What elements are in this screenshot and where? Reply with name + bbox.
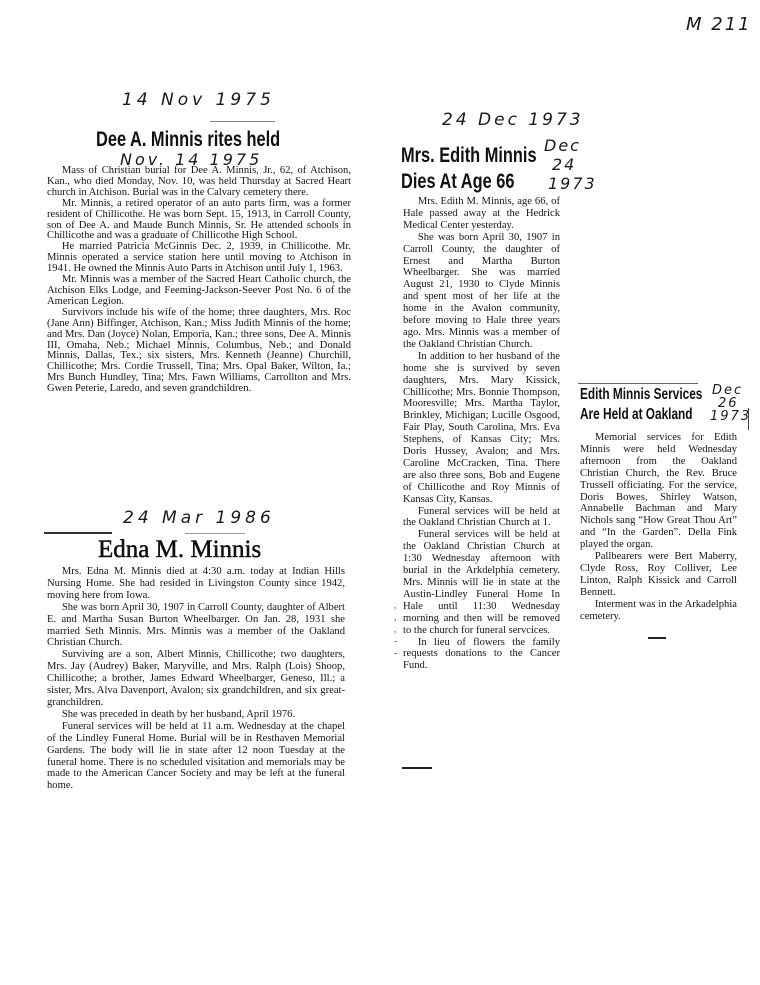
handwritten-date: 24 Mar 1986 — [123, 508, 275, 528]
page-annotation: M 211 — [686, 14, 752, 35]
handwritten-year: 1973 — [548, 174, 597, 193]
article-body: Memorial services for Edith Minnis were … — [580, 432, 737, 623]
clipping-divider — [578, 383, 698, 384]
paragraph: In lieu of flowers the family requests d… — [403, 637, 560, 673]
paragraph: In addition to her husband of the home s… — [403, 351, 560, 506]
headline: Edna M. Minnis — [98, 536, 261, 564]
clipping-divider — [185, 533, 245, 534]
paragraph: Funeral services will be held at the Oak… — [403, 529, 560, 636]
clipping-edge — [748, 408, 749, 430]
paragraph: He married Patricia McGinnis Dec. 2, 193… — [47, 242, 351, 275]
paragraph: Pallbearers were Bert Maberry, Clyde Ros… — [580, 551, 737, 599]
headline-line-1: Mrs. Edith Minnis — [401, 144, 537, 168]
clipping-divider — [44, 532, 112, 534]
paragraph: Mrs. Edith M. Minnis, age 66, of Hale pa… — [403, 196, 560, 232]
headline: Dee A. Minnis rites held — [96, 128, 280, 152]
handwritten-side-date: Dec 26 1973 — [708, 384, 749, 424]
paragraph: Funeral services will be held at the Oak… — [403, 506, 560, 530]
handwritten-month: Dec — [544, 136, 593, 155]
headline-line-2: Are Held at Oakland — [580, 406, 693, 424]
scan-edge-marks: ,,,-- — [394, 600, 397, 660]
handwritten-date: 14 Nov 1975 — [122, 90, 275, 110]
paragraph: She was born April 30, 1907 in Carroll C… — [47, 602, 345, 650]
paragraph: Mr. Minnis, a retired operator of an aut… — [47, 199, 351, 243]
paragraph: Funeral services will be held at 11 a.m.… — [47, 721, 345, 792]
clipping-divider — [210, 121, 275, 122]
paragraph: Surviving are a son, Albert Minnis, Chil… — [47, 649, 345, 709]
handwritten-day: 24 — [552, 155, 601, 174]
clipping-divider — [648, 637, 666, 639]
paragraph: Mass of Christian burial for Dee A. Minn… — [47, 166, 351, 199]
clipping-divider — [402, 767, 432, 769]
paragraph: Memorial services for Edith Minnis were … — [580, 432, 737, 551]
paragraph: Mrs. Edna M. Minnis died at 4:30 a.m. to… — [47, 566, 345, 602]
article-body: Mrs. Edith M. Minnis, age 66, of Hale pa… — [403, 196, 560, 672]
article-body: Mass of Christian burial for Dee A. Minn… — [47, 166, 351, 395]
handwritten-side-date: Dec 24 1973 — [538, 136, 587, 193]
paragraph: She was born April 30, 1907 in Carroll C… — [403, 232, 560, 351]
paragraph: Interment was in the Arkadelphia cemeter… — [580, 599, 737, 623]
paragraph: She was preceded in death by her husband… — [47, 709, 345, 721]
headline-line-1: Edith Minnis Services — [580, 386, 702, 404]
headline-line-2: Dies At Age 66 — [401, 170, 514, 194]
handwritten-year: 1973 — [710, 410, 751, 424]
paragraph: Survivors include his wife of the home; … — [47, 308, 351, 395]
paragraph: Mr. Minnis was a member of the Sacred He… — [47, 275, 351, 308]
article-body: Mrs. Edna M. Minnis died at 4:30 a.m. to… — [47, 566, 345, 792]
handwritten-date: 24 Dec 1973 — [442, 110, 584, 130]
